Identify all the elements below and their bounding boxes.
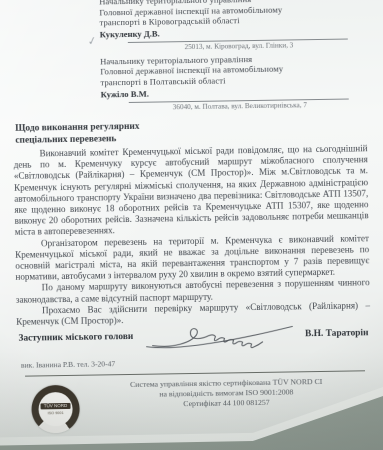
logo-top-label: TÜV NORD: [41, 402, 71, 408]
certification-text: Система управління якістю сертифікована …: [87, 376, 365, 410]
tuv-nord-cert-logo-icon: TÜV NORD ISO 9001: [31, 385, 80, 434]
letter-paper: ✓ Начальнику територіального управління …: [0, 0, 383, 450]
recipient-block: Начальнику територіального управління Го…: [99, 0, 348, 53]
tuv-nord-logo-inner: TÜV NORD ISO 9001: [38, 392, 73, 427]
letter-content: ✓ Начальнику територіального управління …: [0, 0, 383, 450]
letter-body: Виконавчий комітет Кременчуцької міської…: [13, 143, 370, 328]
subject-title: Щодо виконання регулярних спеціальних пе…: [15, 122, 140, 147]
certification-footer: TÜV NORD ISO 9001 Система управління які…: [25, 370, 366, 433]
body-paragraph-1: Виконавчий комітет Кременчуцької міської…: [13, 143, 368, 238]
body-paragraph-2: Організатором перевезень на території м.…: [15, 233, 370, 283]
recipient-block: Начальнику територіального управління Го…: [100, 52, 349, 113]
subject-line: Щодо виконання регулярних: [15, 122, 140, 136]
executor-note: вик. Іванина Р.В. тел. 3-20-47: [21, 359, 115, 369]
subject-line: спеціальних перевезень: [15, 133, 140, 147]
handwritten-signature-icon: [144, 320, 294, 352]
signatory-title: Заступник міського голови: [18, 332, 133, 344]
signatory-name: В.Н. Тараторін: [305, 328, 368, 339]
document-photo: ✓ Начальнику територіального управління …: [0, 0, 383, 450]
recipients-section: ✓ Начальнику територіального управління …: [99, 0, 349, 116]
check-mark-icon: ✓: [87, 36, 98, 48]
logo-bottom-label: ISO 9001: [48, 411, 64, 416]
